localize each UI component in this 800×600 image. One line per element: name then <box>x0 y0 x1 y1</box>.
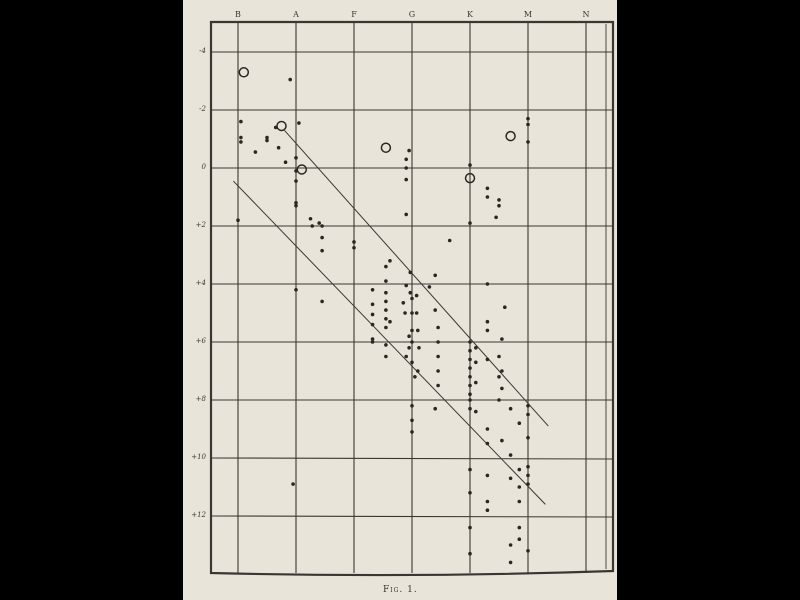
y-tick-label: -2 <box>186 105 206 113</box>
star-marker <box>500 369 504 373</box>
star-marker <box>433 308 437 312</box>
star-marker <box>352 240 356 244</box>
star-marker <box>518 500 522 504</box>
star-marker <box>384 343 388 347</box>
star-marker <box>436 340 440 344</box>
star-marker <box>320 300 324 304</box>
star-marker <box>415 311 419 315</box>
star-marker <box>388 320 392 324</box>
boundary-line <box>233 181 545 504</box>
star-marker <box>413 375 417 379</box>
star-marker <box>416 329 420 333</box>
star-marker <box>239 140 243 144</box>
star-marker <box>310 224 314 228</box>
star-marker <box>486 508 490 512</box>
star-marker <box>239 136 243 140</box>
star-marker <box>384 355 388 359</box>
star-marker <box>407 346 411 350</box>
star-marker <box>509 477 513 481</box>
star-marker <box>486 442 490 446</box>
star-marker <box>494 216 498 220</box>
star-marker <box>497 355 501 359</box>
star-marker <box>404 158 408 162</box>
star-marker <box>526 474 530 478</box>
star-marker <box>500 337 504 341</box>
star-marker <box>474 410 478 414</box>
star-marker <box>404 213 408 217</box>
star-marker <box>291 482 295 486</box>
star-marker <box>404 284 408 288</box>
star-marker <box>468 407 472 411</box>
star-marker <box>410 404 414 408</box>
x-tick-label: A <box>293 10 299 19</box>
x-tick-label: F <box>351 10 357 19</box>
star-marker <box>500 439 504 443</box>
star-marker <box>384 326 388 330</box>
star-marker <box>416 369 420 373</box>
star-marker <box>371 303 375 307</box>
figure-caption: Fig. 1. <box>383 585 418 595</box>
star-marker <box>526 404 530 408</box>
star-marker <box>404 166 408 170</box>
large-star-marker <box>506 132 515 141</box>
star-marker <box>509 561 513 565</box>
star-marker <box>384 279 388 283</box>
x-tick-label: G <box>409 10 415 19</box>
x-tick-label: M <box>524 10 532 19</box>
star-marker <box>468 491 472 495</box>
star-marker <box>526 140 530 144</box>
star-marker <box>474 346 478 350</box>
star-marker <box>371 313 375 317</box>
y-tick-label: 0 <box>186 163 206 171</box>
star-marker <box>352 246 356 250</box>
boundary-line <box>284 130 548 426</box>
star-marker <box>526 123 530 127</box>
star-marker <box>486 329 490 333</box>
star-marker <box>404 178 408 182</box>
star-marker <box>497 198 501 202</box>
star-marker <box>497 204 501 208</box>
star-marker <box>384 317 388 321</box>
star-marker <box>407 149 411 153</box>
star-marker <box>468 163 472 167</box>
star-marker <box>468 366 472 370</box>
star-marker <box>468 552 472 556</box>
gridline-horizontal <box>211 458 613 459</box>
y-tick-label: +6 <box>186 337 206 345</box>
star-marker <box>518 485 522 489</box>
y-tick-label: -4 <box>186 47 206 55</box>
star-marker <box>436 384 440 388</box>
star-marker <box>526 549 530 553</box>
hr-diagram <box>0 0 800 600</box>
star-marker <box>486 320 490 324</box>
large-star-marker <box>239 68 248 77</box>
star-marker <box>436 369 440 373</box>
star-marker <box>468 468 472 472</box>
large-star-marker <box>277 121 286 130</box>
x-tick-label: B <box>235 10 241 19</box>
star-marker <box>486 195 490 199</box>
star-marker <box>509 543 513 547</box>
star-marker <box>428 285 432 289</box>
star-marker <box>408 271 412 275</box>
y-tick-label: +12 <box>186 511 206 519</box>
star-marker <box>284 160 288 164</box>
star-marker <box>410 297 414 301</box>
star-marker <box>408 291 412 295</box>
star-marker <box>509 453 513 457</box>
star-marker <box>297 121 301 125</box>
star-marker <box>468 384 472 388</box>
y-tick-label: +2 <box>186 221 206 229</box>
star-marker <box>410 311 414 315</box>
star-marker <box>468 340 472 344</box>
star-marker <box>486 282 490 286</box>
star-marker <box>236 218 240 222</box>
star-marker <box>320 224 324 228</box>
star-marker <box>410 329 414 333</box>
star-marker <box>526 413 530 417</box>
star-marker <box>436 326 440 330</box>
star-marker <box>371 340 375 344</box>
star-marker <box>468 526 472 530</box>
star-marker <box>486 358 490 362</box>
star-marker <box>277 146 281 150</box>
star-marker <box>436 355 440 359</box>
star-marker <box>468 375 472 379</box>
star-marker <box>254 150 258 154</box>
star-marker <box>407 334 411 338</box>
star-marker <box>274 126 278 130</box>
star-marker <box>320 236 324 240</box>
star-marker <box>468 358 472 362</box>
star-marker <box>486 500 490 504</box>
star-marker <box>509 407 513 411</box>
star-marker <box>468 398 472 402</box>
star-marker <box>526 465 530 469</box>
star-marker <box>239 120 243 124</box>
star-marker <box>265 139 269 143</box>
gridline-horizontal <box>211 516 613 517</box>
star-marker <box>294 204 298 208</box>
star-marker <box>384 265 388 269</box>
star-marker <box>410 361 414 365</box>
star-marker <box>518 421 522 425</box>
star-marker <box>486 427 490 431</box>
star-marker <box>503 305 507 309</box>
star-marker <box>526 117 530 121</box>
star-marker <box>317 221 321 225</box>
star-marker <box>402 301 406 305</box>
star-marker <box>384 308 388 312</box>
star-marker <box>294 156 298 160</box>
star-marker <box>518 468 522 472</box>
star-marker <box>309 217 313 221</box>
star-marker <box>371 323 375 327</box>
star-marker <box>384 300 388 304</box>
star-marker <box>486 474 490 478</box>
star-marker <box>526 436 530 440</box>
star-marker <box>384 291 388 295</box>
star-marker <box>417 346 421 350</box>
large-star-marker <box>297 165 306 174</box>
x-tick-label: N <box>583 10 590 19</box>
star-marker <box>468 221 472 225</box>
star-marker <box>415 294 419 298</box>
star-marker <box>403 311 407 315</box>
star-marker <box>468 349 472 353</box>
y-tick-label: +8 <box>186 395 206 403</box>
star-marker <box>500 387 504 391</box>
star-marker <box>294 179 298 183</box>
star-marker <box>410 340 414 344</box>
star-marker <box>497 398 501 402</box>
star-marker <box>468 392 472 396</box>
star-marker <box>433 407 437 411</box>
star-marker <box>497 375 501 379</box>
star-marker <box>294 288 298 292</box>
star-marker <box>518 526 522 530</box>
star-marker <box>294 169 298 173</box>
star-marker <box>448 239 452 243</box>
star-marker <box>474 381 478 385</box>
star-marker <box>388 259 392 263</box>
star-marker <box>433 274 437 278</box>
star-marker <box>474 361 478 365</box>
star-marker <box>410 430 414 434</box>
star-marker <box>288 78 292 82</box>
star-marker <box>410 419 414 423</box>
x-tick-label: K <box>467 10 473 19</box>
star-marker <box>320 249 324 253</box>
star-marker <box>526 482 530 486</box>
y-tick-label: +4 <box>186 279 206 287</box>
star-marker <box>404 355 408 359</box>
star-marker <box>518 537 522 541</box>
y-tick-label: +10 <box>186 453 206 461</box>
star-marker <box>371 288 375 292</box>
star-marker <box>486 187 490 191</box>
large-star-marker <box>381 143 390 152</box>
